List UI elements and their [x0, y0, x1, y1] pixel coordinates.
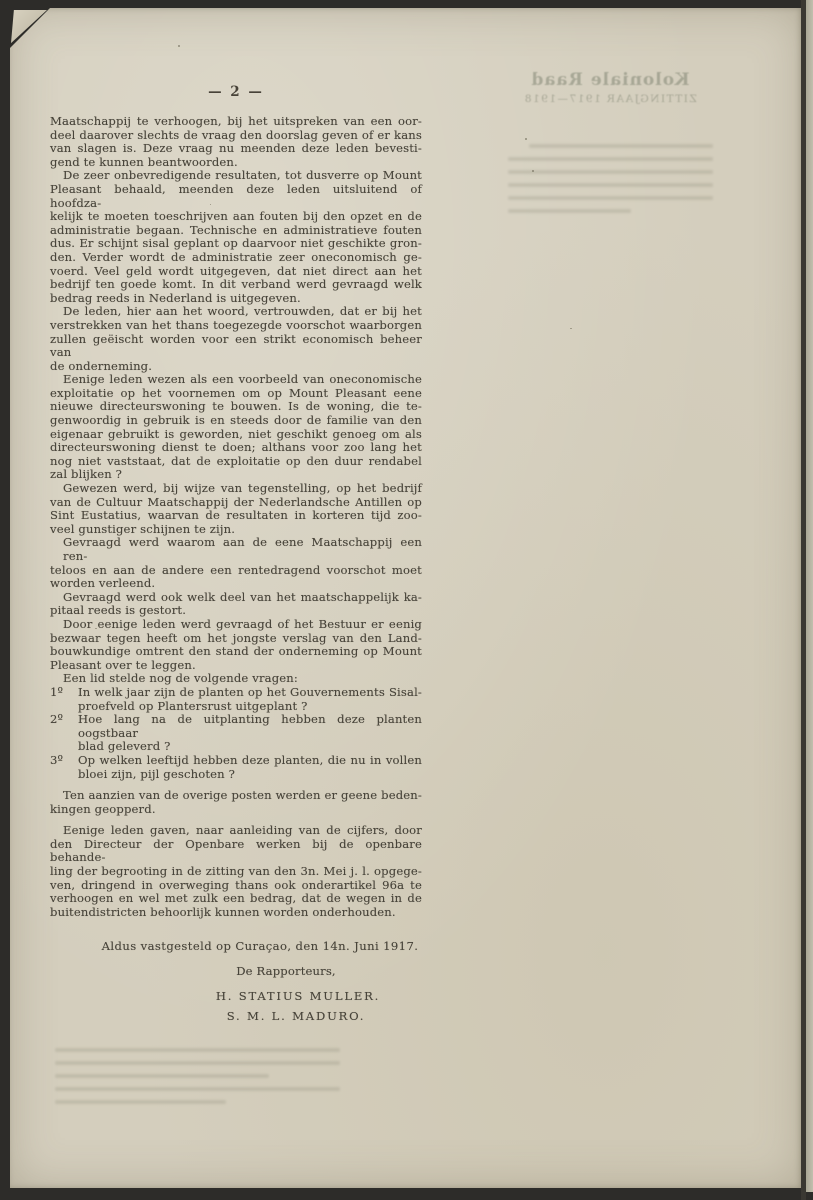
- bleedthrough-footer: [55, 1048, 340, 1113]
- text-line: Gevraagd werd ook welk deel van het maat…: [50, 591, 422, 605]
- bleedthrough-line: [529, 144, 714, 148]
- paragraph: De leden, hier aan het woord, vertrouwde…: [50, 305, 422, 373]
- bleedthrough-line: [55, 1100, 226, 1104]
- text-line: bedrag reeds in Nederland is uitgegeven.: [50, 292, 422, 306]
- paragraph: Maatschappij te verhoogen, bij het uitsp…: [50, 115, 422, 169]
- text-line: van slagen is. Deze vraag nu meenden dez…: [50, 142, 422, 156]
- bleedthrough-line: [508, 196, 713, 200]
- text-line: Eenige leden wezen als een voorbeeld van…: [50, 373, 422, 387]
- text-column: Maatschappij te verhoogen, bij het uitsp…: [50, 115, 422, 1024]
- question-number: 3º: [50, 754, 78, 781]
- question-number: 2º: [50, 713, 78, 754]
- text-line: bezwaar tegen heeft om het jongste versl…: [50, 632, 422, 646]
- text-line: kelijk te moeten toeschrijven aan fouten…: [50, 210, 422, 224]
- text-line: pitaal reeds is gestort.: [50, 604, 422, 618]
- text-line: nieuwe directeurswoning te bouwen. Is de…: [50, 400, 422, 414]
- paper-speck: [525, 138, 527, 140]
- text-line: kingen geopperd.: [50, 803, 422, 817]
- bleedthrough-line: [508, 209, 631, 213]
- text-line: buitendistricten behoorlijk kunnen worde…: [50, 906, 422, 920]
- paragraph: De zeer onbevredigende resultaten, tot d…: [50, 169, 422, 305]
- text-line: den Directeur der Openbare werken bij de…: [50, 838, 422, 865]
- paper-speck: [178, 45, 180, 47]
- text-line: voerd. Veel geld wordt uitgegeven, dat n…: [50, 265, 422, 279]
- bleedthrough-subtitle: ZITTINGJAAR 1917—1918: [505, 93, 715, 105]
- paragraph: Gewezen werd, bij wijze van tegenstellin…: [50, 482, 422, 536]
- text-line: Eenige leden gaven, naar aanleiding van …: [50, 824, 422, 838]
- bleedthrough-line: [508, 157, 713, 161]
- text-line: gend te kunnen beantwoorden.: [50, 156, 422, 170]
- text-line: de onderneming.: [50, 360, 422, 374]
- text-line: Op welken leeftijd hebben deze planten, …: [78, 754, 422, 768]
- text-line: De zeer onbevredigende resultaten, tot d…: [50, 169, 422, 183]
- text-line: directeurswoning dienst te doen; althans…: [50, 441, 422, 455]
- text-line: Pleasant behaald, meenden deze leden uit…: [50, 183, 422, 210]
- bleedthrough-line: [508, 183, 713, 187]
- text-line: exploitatie op het voornemen om op Mount…: [50, 387, 422, 401]
- page-number: — 2 —: [50, 84, 422, 100]
- paragraph: Door eenige leden werd gevraagd of het B…: [50, 618, 422, 672]
- paragraph: Een lid stelde nog de volgende vragen:: [50, 672, 422, 686]
- text-line: Gewezen werd, bij wijze van tegenstellin…: [50, 482, 422, 496]
- text-line: den. Verder wordt de administratie zeer …: [50, 251, 422, 265]
- text-line: bouwkundige omtrent den stand der ondern…: [50, 645, 422, 659]
- bleedthrough-title-block: Koloniale Raad ZITTINGJAAR 1917—1918: [505, 70, 715, 105]
- rapporteurs: De Rapporteurs,: [100, 965, 472, 979]
- text-line: ven, dringend in overweging thans ook on…: [50, 879, 422, 893]
- numbered-question: 2ºHoe lang na de uitplanting hebben deze…: [50, 713, 422, 754]
- paragraph: Ten aanzien van de overige posten werden…: [50, 789, 422, 816]
- scanned-page-photo: — 2 — Koloniale Raad ZITTINGJAAR 1917—19…: [0, 0, 813, 1200]
- text-line: Pleasant over te leggen.: [50, 659, 422, 673]
- adjacent-page-edge: [806, 0, 813, 1192]
- text-line: De leden, hier aan het woord, vertrouwde…: [50, 305, 422, 319]
- text-line: Hoe lang na de uitplanting hebben deze p…: [78, 713, 422, 740]
- numbered-question: 1ºIn welk jaar zijn de planten op het Go…: [50, 686, 422, 713]
- text-line: administratie begaan. Technische en admi…: [50, 224, 422, 238]
- question-text: Hoe lang na de uitplanting hebben deze p…: [78, 713, 422, 754]
- question-number: 1º: [50, 686, 78, 713]
- text-line: Een lid stelde nog de volgende vragen:: [50, 672, 422, 686]
- text-line: Gevraagd werd waarom aan de eene Maatsch…: [50, 536, 422, 563]
- text-line: verhoogen en wel met zulk een bedrag, da…: [50, 892, 422, 906]
- text-line: Sint Eustatius, waarvan de resultaten in…: [50, 509, 422, 523]
- bleedthrough-line: [508, 170, 713, 174]
- numbered-question: 3ºOp welken leeftijd hebben deze planten…: [50, 754, 422, 781]
- text-line: Door eenige leden werd gevraagd of het B…: [50, 618, 422, 632]
- text-line: zal blijken ?: [50, 468, 422, 482]
- bleedthrough-line: [55, 1048, 340, 1052]
- text-line: genwoordig in gebruik is en steeds door …: [50, 414, 422, 428]
- text-line: worden verleend.: [50, 577, 422, 591]
- dateline: Aldus vastgesteld op Curaçao, den 14n. J…: [74, 940, 446, 954]
- bleedthrough-title: Koloniale Raad: [505, 70, 715, 90]
- paper-speck: [210, 204, 211, 205]
- paragraph: Gevraagd werd ook welk deel van het maat…: [50, 591, 422, 618]
- signature2: S. M. L. MADURO.: [110, 1010, 482, 1024]
- text-line: verstrekken van het thans toegezegde voo…: [50, 319, 422, 333]
- document-page: — 2 — Koloniale Raad ZITTINGJAAR 1917—19…: [10, 8, 802, 1188]
- text-line: bloei zijn, pijl geschoten ?: [78, 768, 422, 782]
- text-line: van de Cultuur Maatschappij der Nederlan…: [50, 496, 422, 510]
- bleedthrough-line: [55, 1087, 340, 1091]
- bleedthrough-line: [55, 1061, 340, 1065]
- paragraph: Gevraagd werd waarom aan de eene Maatsch…: [50, 536, 422, 590]
- paragraph: Eenige leden wezen als een voorbeeld van…: [50, 373, 422, 482]
- text-line: zullen geëischt worden voor een strikt e…: [50, 333, 422, 360]
- paper-speck: [95, 628, 97, 629]
- signature1: H. STATIUS MULLER.: [112, 990, 484, 1004]
- text-line: In welk jaar zijn de planten op het Gouv…: [78, 686, 422, 700]
- text-line: Maatschappij te verhoogen, bij het uitsp…: [50, 115, 422, 129]
- text-line: teloos en aan de andere een rentedragend…: [50, 564, 422, 578]
- text-line: bedrijf ten goede komt. In dit verband w…: [50, 278, 422, 292]
- text-line: proefveld op Plantersrust uitgeplant ?: [78, 700, 422, 714]
- text-line: deel daarover slechts de vraag den doors…: [50, 129, 422, 143]
- text-line: nog niet vaststaat, dat de exploitatie o…: [50, 455, 422, 469]
- text-line: ling der begrooting in de zitting van de…: [50, 865, 422, 879]
- text-line: Ten aanzien van de overige posten werden…: [50, 789, 422, 803]
- paper-speck: [570, 328, 572, 329]
- text-line: eigenaar gebruikt is geworden, niet gesc…: [50, 428, 422, 442]
- text-line: blad geleverd ?: [78, 740, 422, 754]
- question-text: Op welken leeftijd hebben deze planten, …: [78, 754, 422, 781]
- text-line: veel gunstiger schijnen te zijn.: [50, 523, 422, 537]
- text-line: dus. Er schijnt sisal geplant op daarvoo…: [50, 237, 422, 251]
- bleedthrough-line: [55, 1074, 269, 1078]
- paper-speck: [532, 170, 534, 172]
- question-text: In welk jaar zijn de planten op het Gouv…: [78, 686, 422, 713]
- paragraph: Eenige leden gaven, naar aanleiding van …: [50, 824, 422, 919]
- bleedthrough-paragraph: [508, 144, 713, 222]
